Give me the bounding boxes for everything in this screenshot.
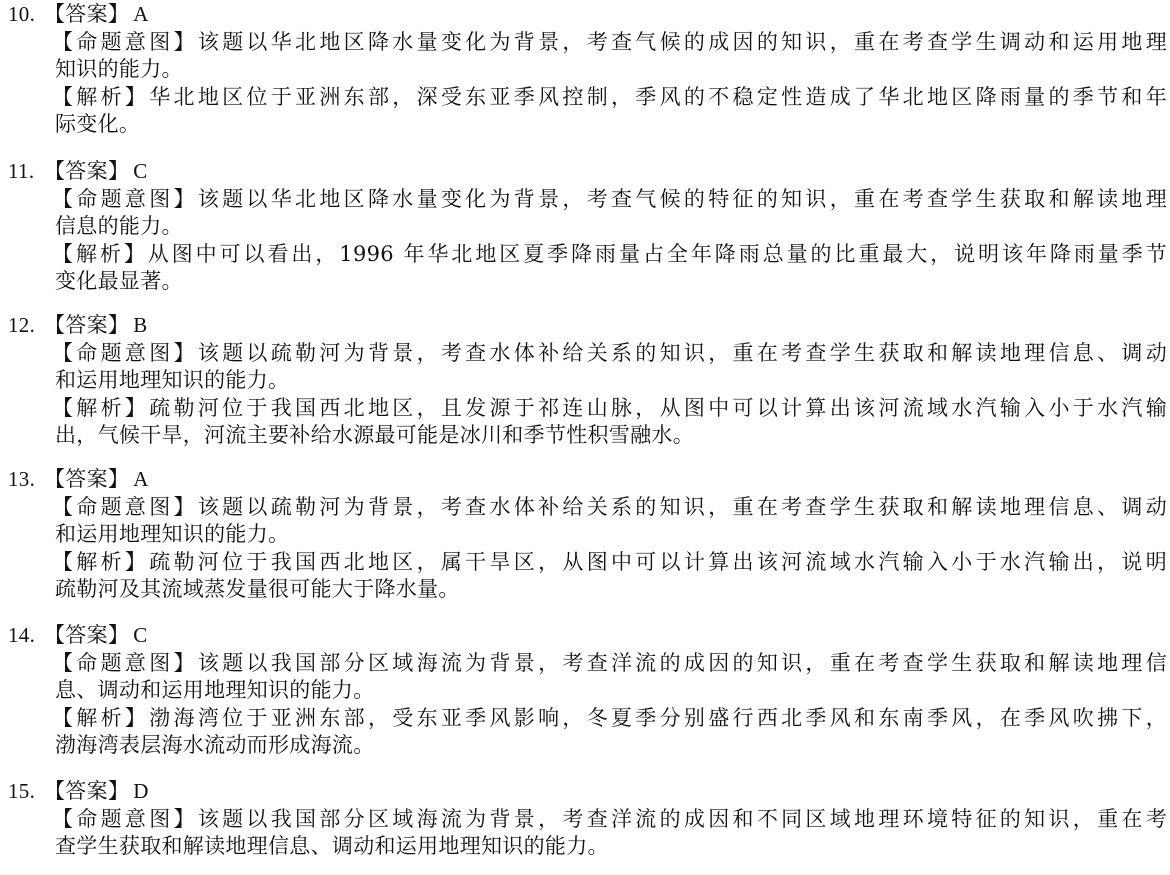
- analysis-text: 【解析】渤海湾位于亚洲东部，受东亚季风影响，冬夏季分别盛行西北季风和东南季风，在…: [52, 705, 1167, 733]
- intent-text: 【命题意图】该题以华北地区降水量变化为背景，考查气候的特征的知识，重在考查学生获…: [52, 186, 1167, 214]
- question-number: 12.: [8, 312, 35, 340]
- answer-value: B: [133, 313, 147, 337]
- question-10: 10. 【答案】A 【命题意图】该题以华北地区降水量变化为背景，考查气候的成因的…: [0, 1, 1170, 139]
- analysis-text: 变化最显著。: [55, 268, 1170, 296]
- analysis-text: 际变化。: [55, 111, 1170, 139]
- intent-line: 查学生获取和解读地理信息、调动和运用地理知识的能力。: [0, 833, 1170, 861]
- answer-tag: 【答案】: [44, 159, 129, 183]
- intent-text: 查学生获取和解读地理信息、调动和运用地理知识的能力。: [55, 833, 1170, 861]
- intent-line: 【命题意图】该题以我国部分区域海流为背景，考查洋流的成因和不同区域地理环境特征的…: [0, 806, 1170, 834]
- answer-line: 13. 【答案】A: [0, 466, 1170, 494]
- analysis-text: 【解析】疏勒河位于我国西北地区，且发源于祁连山脉，从图中可以计算出该河流域水汽输…: [52, 395, 1167, 423]
- answer-tag: 【答案】: [44, 779, 129, 803]
- analysis-line: 疏勒河及其流域蒸发量很可能大于降水量。: [0, 576, 1170, 604]
- intent-line: 【命题意图】该题以华北地区降水量变化为背景，考查气候的特征的知识，重在考查学生获…: [0, 186, 1170, 214]
- answer-tag: 【答案】: [44, 2, 129, 26]
- analysis-text: 【解析】从图中可以看出，1996 年华北地区夏季降雨量占全年降雨总量的比重最大，…: [52, 241, 1167, 269]
- intent-text: 【命题意图】该题以疏勒河为背景，考查水体补给关系的知识，重在考查学生获取和解读地…: [52, 494, 1167, 522]
- answer-label: 【答案】A: [44, 1, 149, 29]
- question-number: 15.: [8, 778, 35, 806]
- question-number: 11.: [8, 158, 34, 186]
- answer-tag: 【答案】: [44, 623, 129, 647]
- question-11: 11. 【答案】C 【命题意图】该题以华北地区降水量变化为背景，考查气候的特征的…: [0, 158, 1170, 296]
- answer-value: C: [133, 623, 147, 647]
- intent-text: 和运用地理知识的能力。: [55, 367, 1170, 395]
- analysis-line: 出，气候干旱，河流主要补给水源最可能是冰川和季节性积雪融水。: [0, 422, 1170, 450]
- answer-label: 【答案】D: [44, 778, 149, 806]
- analysis-text: 【解析】疏勒河位于我国西北地区，属干旱区，从图中可以计算出该河流域水汽输入小于水…: [52, 549, 1167, 577]
- answer-line: 14. 【答案】C: [0, 622, 1170, 650]
- analysis-text: 渤海湾表层海水流动而形成海流。: [55, 732, 1170, 760]
- intent-text: 信息的能力。: [55, 213, 1170, 241]
- analysis-line: 际变化。: [0, 111, 1170, 139]
- analysis-line: 变化最显著。: [0, 268, 1170, 296]
- intent-text: 【命题意图】该题以我国部分区域海流为背景，考查洋流的成因和不同区域地理环境特征的…: [52, 806, 1167, 834]
- answer-line: 12. 【答案】B: [0, 312, 1170, 340]
- intent-text: 和运用地理知识的能力。: [55, 521, 1170, 549]
- intent-line: 知识的能力。: [0, 56, 1170, 84]
- answer-label: 【答案】B: [44, 312, 148, 340]
- question-13: 13. 【答案】A 【命题意图】该题以疏勒河为背景，考查水体补给关系的知识，重在…: [0, 466, 1170, 604]
- intent-line: 息、调动和运用地理知识的能力。: [0, 677, 1170, 705]
- answer-line: 10. 【答案】A: [0, 1, 1170, 29]
- analysis-line: 【解析】疏勒河位于我国西北地区，属干旱区，从图中可以计算出该河流域水汽输入小于水…: [0, 549, 1170, 577]
- intent-line: 信息的能力。: [0, 213, 1170, 241]
- question-12: 12. 【答案】B 【命题意图】该题以疏勒河为背景，考查水体补给关系的知识，重在…: [0, 312, 1170, 450]
- answer-tag: 【答案】: [44, 467, 129, 491]
- question-15: 15. 【答案】D 【命题意图】该题以我国部分区域海流为背景，考查洋流的成因和不…: [0, 778, 1170, 861]
- intent-line: 【命题意图】该题以华北地区降水量变化为背景，考查气候的成因的知识，重在考查学生调…: [0, 29, 1170, 57]
- analysis-line: 【解析】华北地区位于亚洲东部，深受东亚季风控制，季风的不稳定性造成了华北地区降雨…: [0, 84, 1170, 112]
- analysis-line: 【解析】疏勒河位于我国西北地区，且发源于祁连山脉，从图中可以计算出该河流域水汽输…: [0, 395, 1170, 423]
- intent-text: 【命题意图】该题以疏勒河为背景，考查水体补给关系的知识，重在考查学生获取和解读地…: [52, 340, 1167, 368]
- answer-value: A: [133, 2, 148, 26]
- analysis-text: 【解析】华北地区位于亚洲东部，深受东亚季风控制，季风的不稳定性造成了华北地区降雨…: [52, 84, 1167, 112]
- question-14: 14. 【答案】C 【命题意图】该题以我国部分区域海流为背景，考查洋流的成因的知…: [0, 622, 1170, 760]
- answer-tag: 【答案】: [44, 313, 129, 337]
- analysis-line: 渤海湾表层海水流动而形成海流。: [0, 732, 1170, 760]
- question-number: 13.: [8, 466, 35, 494]
- analysis-line: 【解析】从图中可以看出，1996 年华北地区夏季降雨量占全年降雨总量的比重最大，…: [0, 241, 1170, 269]
- answer-value: D: [133, 779, 148, 803]
- question-number: 10.: [8, 1, 35, 29]
- intent-text: 息、调动和运用地理知识的能力。: [55, 677, 1170, 705]
- intent-line: 和运用地理知识的能力。: [0, 367, 1170, 395]
- analysis-text: 出，气候干旱，河流主要补给水源最可能是冰川和季节性积雪融水。: [55, 422, 1170, 450]
- question-number: 14.: [8, 622, 35, 650]
- intent-line: 和运用地理知识的能力。: [0, 521, 1170, 549]
- answer-line: 11. 【答案】C: [0, 158, 1170, 186]
- intent-line: 【命题意图】该题以疏勒河为背景，考查水体补给关系的知识，重在考查学生获取和解读地…: [0, 340, 1170, 368]
- answer-value: C: [133, 159, 147, 183]
- analysis-text: 疏勒河及其流域蒸发量很可能大于降水量。: [55, 576, 1170, 604]
- intent-text: 知识的能力。: [55, 56, 1170, 84]
- answer-label: 【答案】A: [44, 466, 149, 494]
- answer-label: 【答案】C: [44, 158, 148, 186]
- intent-text: 【命题意图】该题以我国部分区域海流为背景，考查洋流的成因的知识，重在考查学生获取…: [52, 650, 1167, 678]
- intent-line: 【命题意图】该题以疏勒河为背景，考查水体补给关系的知识，重在考查学生获取和解读地…: [0, 494, 1170, 522]
- intent-text: 【命题意图】该题以华北地区降水量变化为背景，考查气候的成因的知识，重在考查学生调…: [52, 29, 1167, 57]
- answer-value: A: [133, 467, 148, 491]
- analysis-line: 【解析】渤海湾位于亚洲东部，受东亚季风影响，冬夏季分别盛行西北季风和东南季风，在…: [0, 705, 1170, 733]
- intent-line: 【命题意图】该题以我国部分区域海流为背景，考查洋流的成因的知识，重在考查学生获取…: [0, 650, 1170, 678]
- answer-label: 【答案】C: [44, 622, 148, 650]
- answer-line: 15. 【答案】D: [0, 778, 1170, 806]
